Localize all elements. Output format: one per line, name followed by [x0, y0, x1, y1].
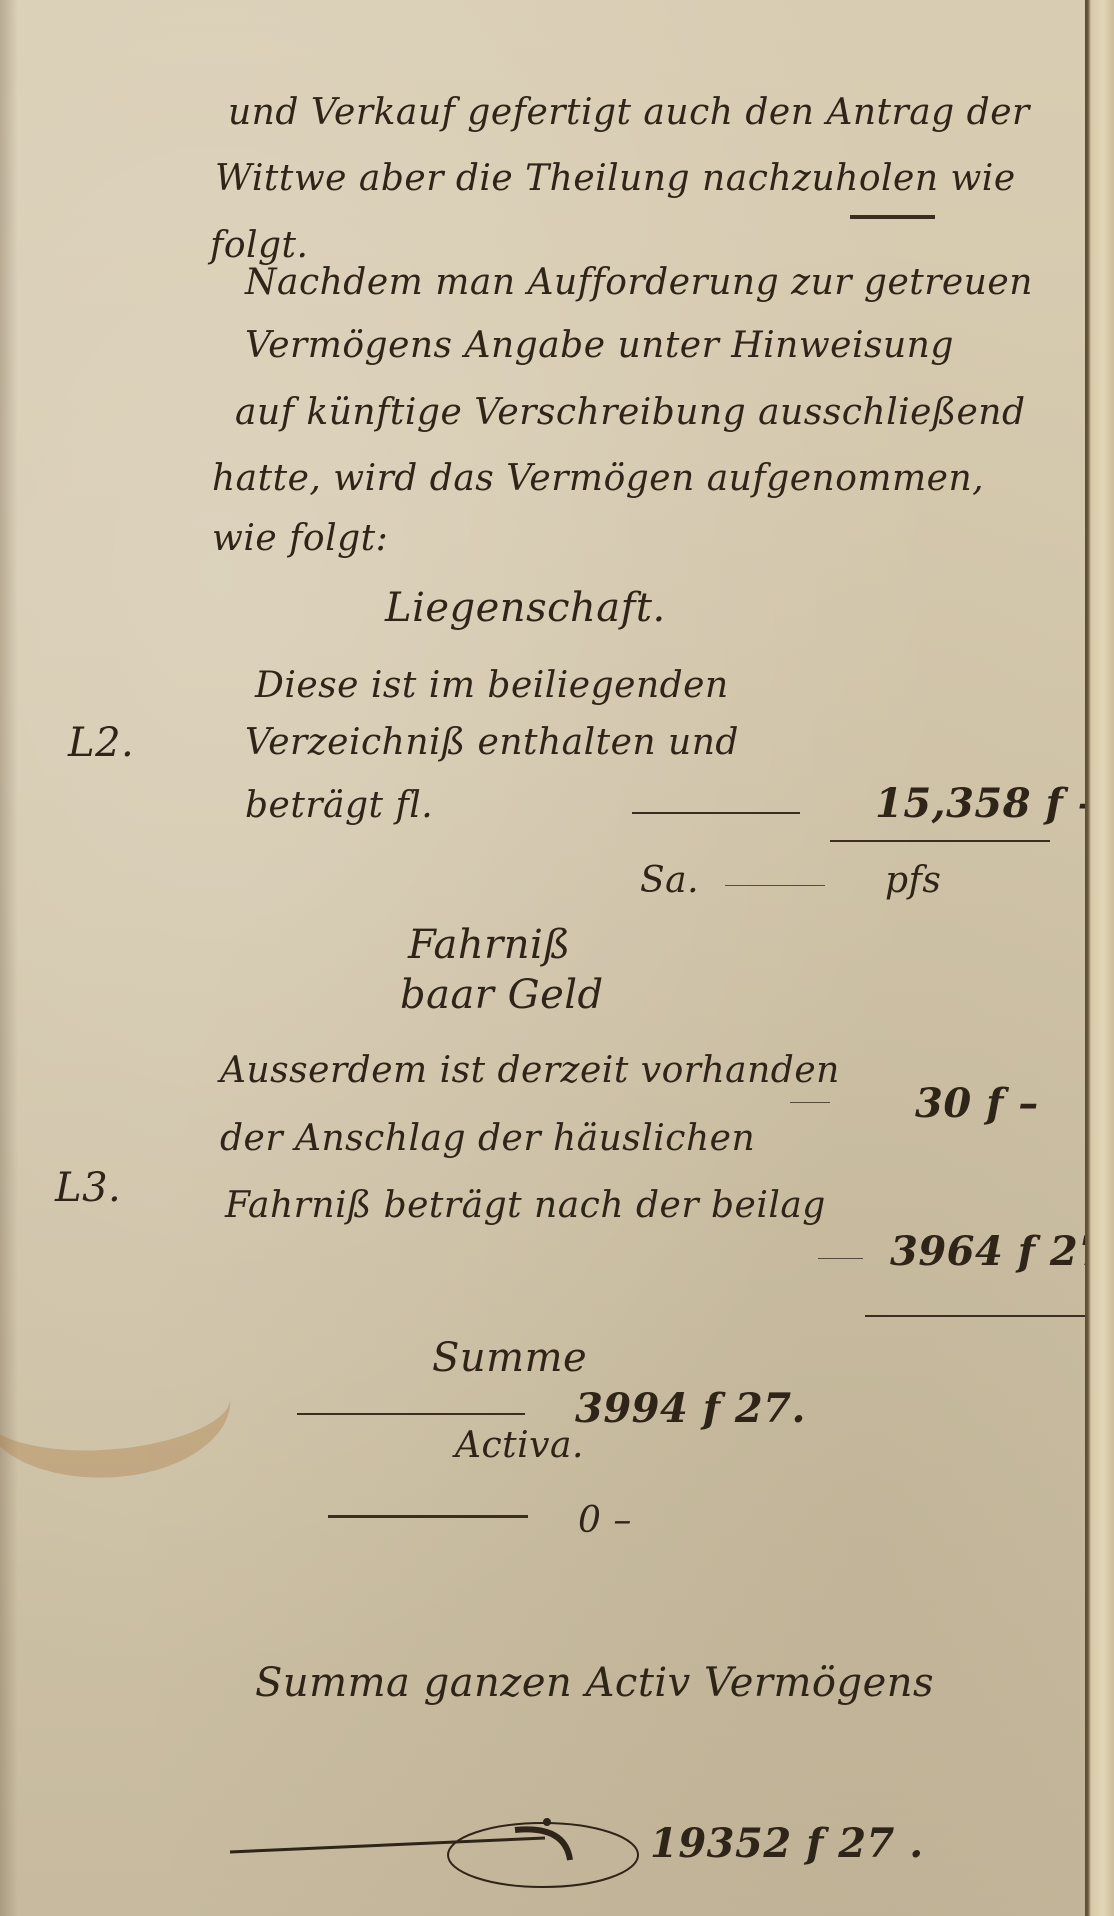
leader-rule	[632, 812, 800, 814]
signature-flourish	[225, 1800, 645, 1900]
strike-mark	[850, 215, 935, 219]
flourish-rule	[328, 1515, 528, 1518]
summary-sublabel: Activa.	[455, 1425, 584, 1466]
leader-rule	[818, 1258, 863, 1259]
margin-ref-l3: L3.	[55, 1165, 121, 1211]
summary-zero: 0 –	[578, 1500, 632, 1541]
subtotal-value: pfs	[885, 860, 941, 901]
summary-value: 3994 f 27.	[575, 1385, 806, 1432]
grand-total-value: 19352 f 27 .	[650, 1820, 924, 1867]
sum-rule	[830, 840, 1050, 842]
sum-rule	[865, 1315, 1085, 1317]
subtotal-label: Sa.	[640, 860, 699, 901]
real-estate-line-1: Diese ist im beiliegenden	[255, 665, 729, 706]
cash-amount: 30 f –	[915, 1080, 1039, 1127]
real-estate-line-2: Verzeichniß enthalten und	[245, 722, 739, 763]
intro-line-7: hatte, wird das Vermögen aufgenommen,	[212, 458, 984, 499]
leader-rule	[790, 1102, 830, 1103]
intro-line-3: folgt.	[210, 225, 308, 266]
section-heading-real-estate: Liegenschaft.	[385, 585, 666, 631]
real-estate-line-3: beträgt fl.	[245, 785, 433, 826]
leader-rule	[725, 885, 825, 886]
cash-line: Ausserdem ist derzeit vorhanden	[220, 1050, 840, 1091]
binding-shadow	[0, 0, 18, 1916]
real-estate-amount: 15,358 f –	[875, 780, 1098, 827]
section-subheading-cash: baar Geld	[400, 972, 604, 1018]
intro-line-8: wie folgt:	[212, 518, 388, 559]
movables-line-2: Fahrniß beträgt nach der beilag	[225, 1185, 826, 1226]
intro-line-5: Vermögens Angabe unter Hinweisung	[245, 325, 954, 366]
leader-rule	[297, 1413, 525, 1415]
summary-label: Summe	[432, 1335, 587, 1381]
movables-amount: 3964 f 27.	[890, 1228, 1114, 1275]
intro-line-2: Wittwe aber die Theilung nachzuholen wie	[215, 158, 1016, 199]
water-stain	[0, 1317, 237, 1490]
movables-line-1: der Anschlag der häuslichen	[220, 1118, 755, 1159]
page-edge	[1085, 0, 1114, 1916]
intro-line-4: Nachdem man Aufforderung zur getreuen	[245, 262, 1033, 303]
manuscript-page: und Verkauf gefertigt auch den Antrag de…	[0, 0, 1085, 1916]
margin-ref-l2: L2.	[68, 720, 134, 766]
grand-total-label: Summa ganzen Activ Vermögens	[255, 1660, 934, 1706]
intro-line-1: und Verkauf gefertigt auch den Antrag de…	[228, 92, 1030, 133]
section-heading-movables: Fahrniß	[408, 922, 571, 968]
intro-line-6: auf künftige Verschreibung ausschließend	[235, 392, 1026, 433]
